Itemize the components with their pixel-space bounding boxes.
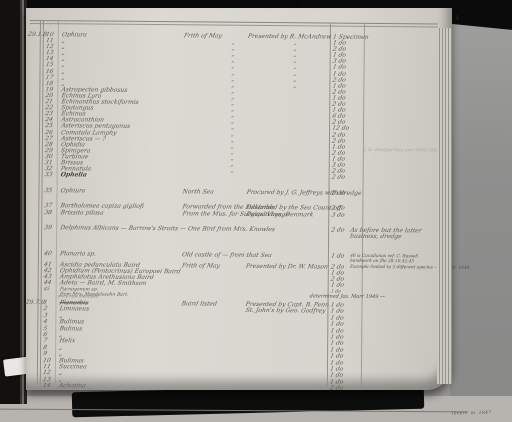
photo-caption: invert. m. 1847 (452, 410, 510, 416)
species-name: Planaria sp. (59, 251, 96, 257)
species-name: Achatina (58, 383, 86, 389)
entry-number: 44 (43, 280, 52, 286)
entry-number: 33 (44, 172, 53, 178)
ledger-row: 35 Ophiura North Sea Procured by J. G. J… (24, 188, 444, 198)
locality: Old castle of — from that Sea (181, 252, 272, 259)
pencil-annotation: determined Jas. Marr 1949 — (309, 294, 385, 299)
specimen-count: 2 do (331, 191, 345, 197)
pencil-annotation: J. H. dredged May over Firth 1849 (364, 149, 440, 154)
specimen-count: 2 do (331, 175, 345, 181)
species-name: Ophelia (60, 172, 87, 178)
locality: Baird listed (181, 301, 217, 307)
specimen-count: 1 do (330, 283, 344, 289)
specimen-count: 3 do (331, 212, 345, 218)
page-corner-mark: 4 (455, 15, 459, 22)
entry-block-top: 29.1.8 10 Ophiura Frith of May Presented… (25, 32, 446, 182)
backdrop (450, 0, 512, 422)
register-book: 29.1.8 10 Ophiura Frith of May Presented… (26, 8, 452, 390)
remark: business, dredge (349, 234, 402, 240)
specimen-count: 2 do (329, 386, 343, 392)
locality: North Sea (182, 189, 214, 195)
ledger-row: business, dredge (24, 231, 444, 241)
species-name: Brissita pilosa (60, 210, 104, 216)
pencil-annotation: since now identified (57, 294, 98, 299)
entry-number: 38 (44, 210, 53, 216)
entry-number: 40 (43, 251, 52, 257)
donor: Despatches, Denmark (246, 211, 314, 218)
species-name: Limnaeus (59, 307, 90, 313)
register-photograph: 29.1.8 10 Ophiura Frith of May Presented… (0, 0, 512, 422)
entry-block-bottom: 29.7.9 1 Planorbis Baird listed Presente… (23, 300, 444, 393)
entry-number: 35 (44, 188, 53, 194)
species-name: Ophiura (60, 188, 86, 194)
right-page-fore-edge (437, 28, 452, 384)
ledger-left-page: 29.1.8 10 Ophiura Frith of May Presented… (23, 8, 452, 394)
entry-number: 14 (42, 383, 51, 389)
specimen-count: 1 do (330, 254, 344, 260)
